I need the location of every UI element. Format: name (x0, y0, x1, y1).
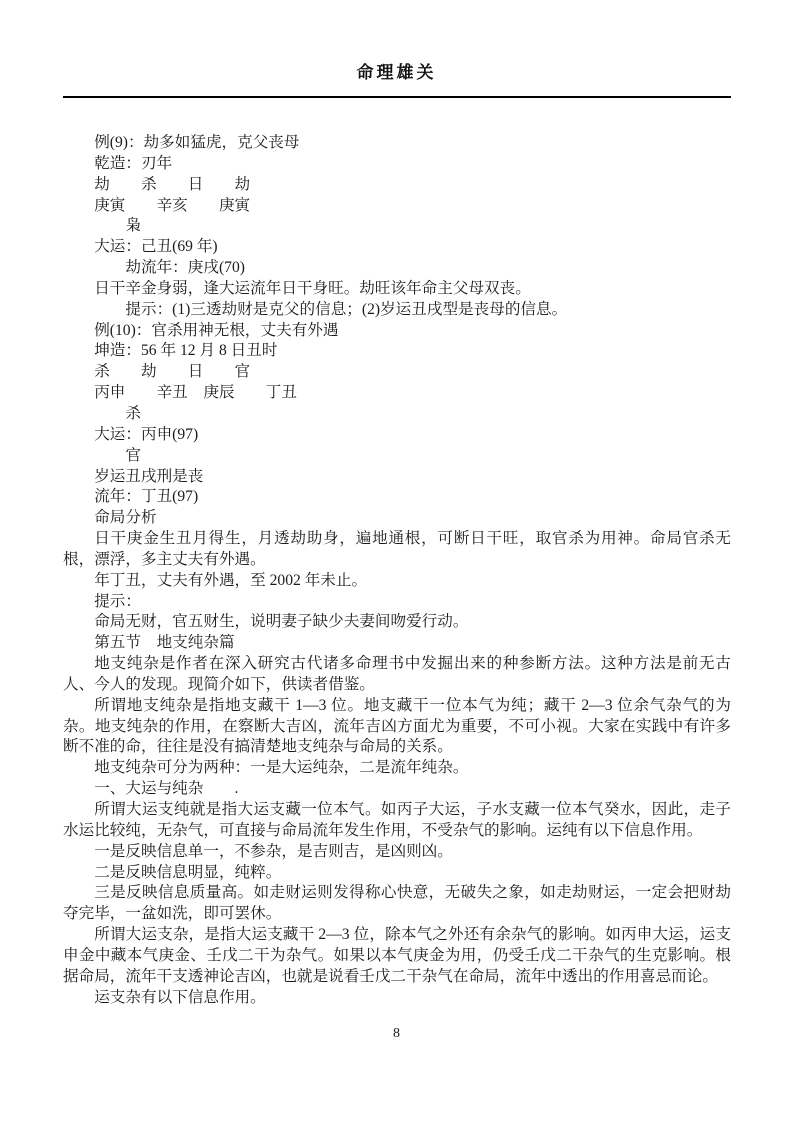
header-rule (63, 96, 731, 98)
paragraph: 第五节 地支纯杂篇 (63, 633, 731, 654)
paragraph: 日干庚金生丑月得生，月透劫助身，遍地通根，可断日干旺，取官杀为用神。命局官杀无根… (63, 529, 731, 571)
paragraph: 运支杂有以下信息作用。 (63, 988, 731, 1009)
paragraph: 大运：己丑(69 年) (63, 237, 731, 258)
page-title: 命理雄关 (0, 58, 793, 83)
paragraph: 流年：丁丑(97) (63, 487, 731, 508)
paragraph: 岁运丑戌刑是丧 (63, 467, 731, 488)
paragraph: 一是反映信息单一，不参杂，是吉则吉，是凶则凶。 (63, 842, 731, 863)
paragraph: 所谓地支纯杂是指地支藏干 1—3 位。地支藏干一位本气为纯；藏干 2—3 位余气… (63, 696, 731, 759)
paragraph: 杀 劫 日 官 (63, 362, 731, 383)
paragraph: 命局无财，官五财生，说明妻子缺少夫妻间吻爱行动。 (63, 612, 731, 633)
document-page: 命理雄关 例(9)：劫多如猛虎，克父丧母乾造：刃年劫 杀 日 劫庚寅 辛亥 庚寅… (0, 0, 793, 1122)
paragraph: 丙申 辛丑 庚辰 丁丑 (63, 383, 731, 404)
page-number: 8 (0, 1026, 793, 1042)
paragraph: 日干辛金身弱，逢大运流年日干身旺。劫旺该年命主父母双丧。 (63, 279, 731, 300)
paragraph: 例(10)：官杀用神无根，丈夫有外遇 (63, 321, 731, 342)
paragraph: 一、大运与纯杂 . (63, 779, 731, 800)
paragraph: 劫流年：庚戌(70) (63, 258, 731, 279)
paragraph: 庚寅 辛亥 庚寅 (63, 196, 731, 217)
paragraph: 地支纯杂是作者在深入研究古代诸多命理书中发掘出来的种参断方法。这种方法是前无古人… (63, 654, 731, 696)
paragraph: 例(9)：劫多如猛虎，克父丧母 (63, 133, 731, 154)
paragraph: 年丁丑，丈夫有外遇，至 2002 年未止。 (63, 571, 731, 592)
paragraph: 命局分析 (63, 508, 731, 529)
paragraph: 地支纯杂可分为两种：一是大运纯杂，二是流年纯杂。 (63, 758, 731, 779)
paragraph: 提示：(1)三透劫财是克父的信息；(2)岁运丑戌型是丧母的信息。 (63, 300, 731, 321)
page-content: 例(9)：劫多如猛虎，克父丧母乾造：刃年劫 杀 日 劫庚寅 辛亥 庚寅枭大运：己… (63, 133, 731, 1008)
paragraph: 枭 (63, 216, 731, 237)
paragraph: 官 (63, 446, 731, 467)
paragraph: 二是反映信息明显，纯粹。 (63, 863, 731, 884)
paragraph: 所谓大运支杂，是指大运支藏干 2—3 位，除本气之外还有余杂气的影响。如丙申大运… (63, 925, 731, 988)
paragraph: 大运：丙申(97) (63, 425, 731, 446)
paragraph: 三是反映信息质量高。如走财运则发得称心快意，无破失之象，如走劫财运，一定会把财劫… (63, 883, 731, 925)
paragraph: 乾造：刃年 (63, 154, 731, 175)
paragraph: 劫 杀 日 劫 (63, 175, 731, 196)
paragraph: 所谓大运支纯就是指大运支藏一位本气。如丙子大运，子水支藏一位本气癸水，因此，走子… (63, 800, 731, 842)
paragraph: 杀 (63, 404, 731, 425)
paragraph: 提示： (63, 592, 731, 613)
paragraph: 坤造：56 年 12 月 8 日丑时 (63, 341, 731, 362)
